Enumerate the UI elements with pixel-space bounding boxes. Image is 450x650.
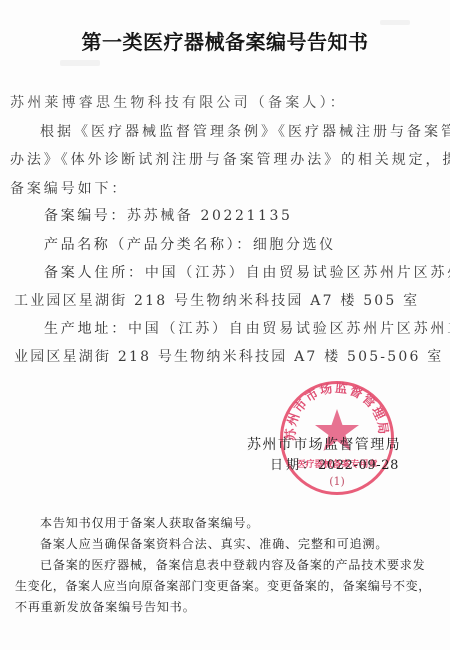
issuing-agency: 苏州市市场监督管理局 [247,434,401,454]
production-address-row: 生产地址：中国（江苏）自由贸易试验区苏州片区苏州工 [44,318,450,338]
product-name-label: 产品名称（产品分类名称）： [44,237,253,253]
registrant-address-value-line-1: 中国（江苏）自由贸易试验区苏州片区苏州 [145,265,450,281]
registrant-address-row: 备案人住所：中国（江苏）自由贸易试验区苏州片区苏州 [44,262,450,282]
filing-number-row: 备案编号：苏苏械备 20221135 [44,205,293,225]
note-line-1: 本告知书仅用于备案人获取备案编号。 [40,514,259,531]
document-title: 第一类医疗器械备案编号告知书 [0,26,450,55]
filing-number-value: 苏苏械备 20221135 [127,208,293,224]
addressee: 苏州莱博睿思生物科技有限公司（备案人）： [10,92,347,112]
issue-date-label: 日期： [270,458,318,473]
note-line-4: 生变化，备案人应当向原备案部门变更备案。变更备案的，备案编号不变， [15,577,431,594]
issue-date-row: 日期：2022-09-28 [270,454,399,473]
note-line-5: 不再重新发放备案编号告知书。 [15,598,196,615]
product-name-value: 细胞分选仪 [253,237,336,253]
intro-paragraph-line-2: 办法》《体外诊断试剂注册与备案管理办法》的相关规定，提供 [10,149,450,169]
issue-date-value: 2022-09-28 [318,458,399,473]
paper-blemish [60,60,100,66]
registrant-address-label: 备案人住所： [44,265,145,281]
production-address-value-line-1: 中国（江苏）自由贸易试验区苏州片区苏州工 [128,321,450,337]
intro-paragraph-line-1: 根据《医疗器械监督管理条例》《医疗器械注册与备案管理 [40,121,450,141]
filing-number-label: 备案编号： [44,208,127,224]
intro-paragraph-line-3: 备案编号如下： [10,178,128,198]
product-name-row: 产品名称（产品分类名称）：细胞分选仪 [44,234,336,254]
production-address-value-line-2: 业园区星湖街 218 号生物纳米科技园 A7 楼 505-506 室 [14,346,443,366]
notice-document: 第一类医疗器械备案编号告知书 苏州莱博睿思生物科技有限公司（备案人）： 根据《医… [0,0,450,650]
paper-blemish [380,20,410,25]
note-line-2: 备案人应当确保备案资料合法、真实、准确、完整和可追溯。 [40,535,388,552]
note-line-3: 已备案的医疗器械，备案信息表中登载内容及备案的产品技术要求发 [40,556,426,573]
registrant-address-value-line-2: 工业园区星湖街 218 号生物纳米科技园 A7 楼 505 室 [14,290,419,310]
seal-code: (1) [283,475,391,488]
production-address-label: 生产地址： [44,321,128,337]
